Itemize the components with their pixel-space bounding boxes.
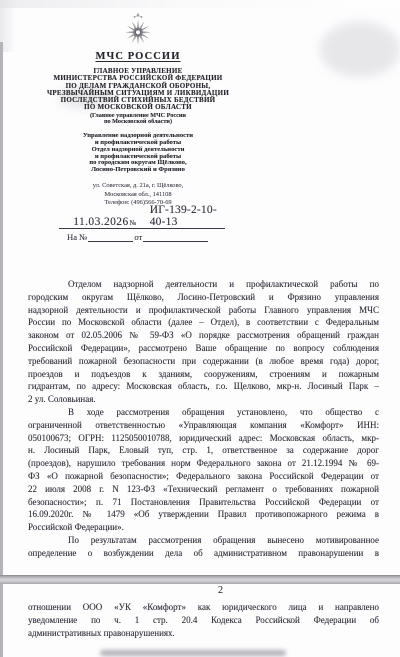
body-line: гидрантам, по адресу: Московская область… [28, 380, 379, 393]
body-line: Российской Федерации», рассмотрено Ваше … [28, 342, 379, 355]
cut-off-text-smudge [100, 650, 286, 656]
body-line: В ходе рассмотрения обращения установлен… [28, 406, 379, 419]
body-line: 2 ул. Соловьиная. [28, 393, 379, 406]
letter-body-page-2: отношении ООО «УК «Комфорт» как юридичес… [28, 601, 379, 639]
page-separator [0, 575, 400, 584]
reply-prefix: На № [67, 232, 87, 242]
org-title: МЧС РОССИИ [27, 51, 249, 62]
body-line: (проездов), нарушило требования норм Фед… [28, 457, 379, 470]
mchs-eagle-emblem-icon [27, 12, 249, 48]
division-block: Управление надзорной деятельности и проф… [27, 133, 249, 174]
body-line: законом от 02.05.2006 № 59-ФЗ «О порядке… [28, 329, 379, 342]
body-line: безопасности»; п. 71 Постановления Прави… [28, 496, 379, 509]
ref-number-line: 11.03.2026 № ИГ-139-2-10-40-13 [59, 211, 225, 229]
body-line: административных правонарушениях. [28, 627, 379, 640]
letter-date: 11.03.2026 [73, 216, 128, 228]
body-line: России по Московской области (далее – От… [28, 316, 379, 329]
page-number: 2 [28, 585, 379, 597]
page-left-edge-shadow [0, 42, 3, 657]
org-alias-block: (Главное управление МЧС России по Москов… [27, 113, 249, 126]
body-line: По результатам рассмотрения обращения вы… [28, 534, 379, 547]
reply-date-blank [143, 231, 208, 242]
division-line: Лосино-Петровский и Фрязино [27, 167, 249, 174]
body-line: уведомление по ч. 1 стр. 20.4 Кодекса Ро… [28, 614, 379, 627]
body-line: н. Лосиный Парк, Еловый туп, стр. 1, отв… [28, 444, 379, 457]
body-line: ограниченной ответственностью «Управляющ… [28, 419, 379, 432]
body-line: 16.09.2020г. № 1479 «Об утверждении Прав… [28, 508, 379, 521]
body-line: ФЗ «О пожарной безопасности»; Федерально… [28, 470, 379, 483]
body-line: 22 июля 2008 г. N 123-ФЗ «Технический ре… [28, 483, 379, 496]
scan-smudge [320, 22, 400, 77]
letter-body-page-1: Отделом надзорной деятельности и профила… [28, 278, 379, 560]
body-line: проездов и подъездов к зданиям, сооружен… [28, 368, 379, 381]
letterhead: МЧС РОССИИ ГЛАВНОЕ УПРАВЛЕНИЕ МИНИСТЕРСТ… [27, 12, 249, 207]
body-line: городским округам Щёлково, Лосино-Петров… [28, 291, 379, 304]
address-line: ул. Советская, д. 21а, г. Щёлково, [27, 182, 249, 190]
letter-number: ИГ-139-2-10-40-13 [150, 204, 225, 228]
scanned-letter-viewer: МЧС РОССИИ ГЛАВНОЕ УПРАВЛЕНИЕ МИНИСТЕРСТ… [0, 0, 400, 657]
body-line: определение о возбуждении дела об админи… [28, 547, 379, 560]
scan-artifact-top-band [0, 0, 400, 8]
address-line: Московская обл., 141108 [27, 191, 249, 199]
number-sign: № [129, 219, 137, 228]
body-line: Отделом надзорной деятельности и профила… [28, 278, 379, 291]
reply-reference-line: На № от [67, 228, 208, 242]
reply-number-blank [88, 231, 133, 242]
reply-from-label: от [134, 232, 142, 242]
body-line: надзорной деятельности и профилактическо… [28, 304, 379, 317]
org-name-block: ГЛАВНОЕ УПРАВЛЕНИЕ МИНИСТЕРСТВА РОССИЙСК… [27, 68, 249, 112]
body-line: 050100673; ОГРН: 1125050010788, юридичес… [28, 432, 379, 445]
body-line: Российской Федерации». [28, 521, 379, 534]
body-line: требований пожарной безопасности при сод… [28, 355, 379, 368]
org-name-line: ПО МОСКОВСКОЙ ОБЛАСТИ [27, 104, 249, 111]
body-line: отношении ООО «УК «Комфорт» как юридичес… [28, 601, 379, 614]
org-alias-line: по Московской области) [27, 119, 249, 126]
